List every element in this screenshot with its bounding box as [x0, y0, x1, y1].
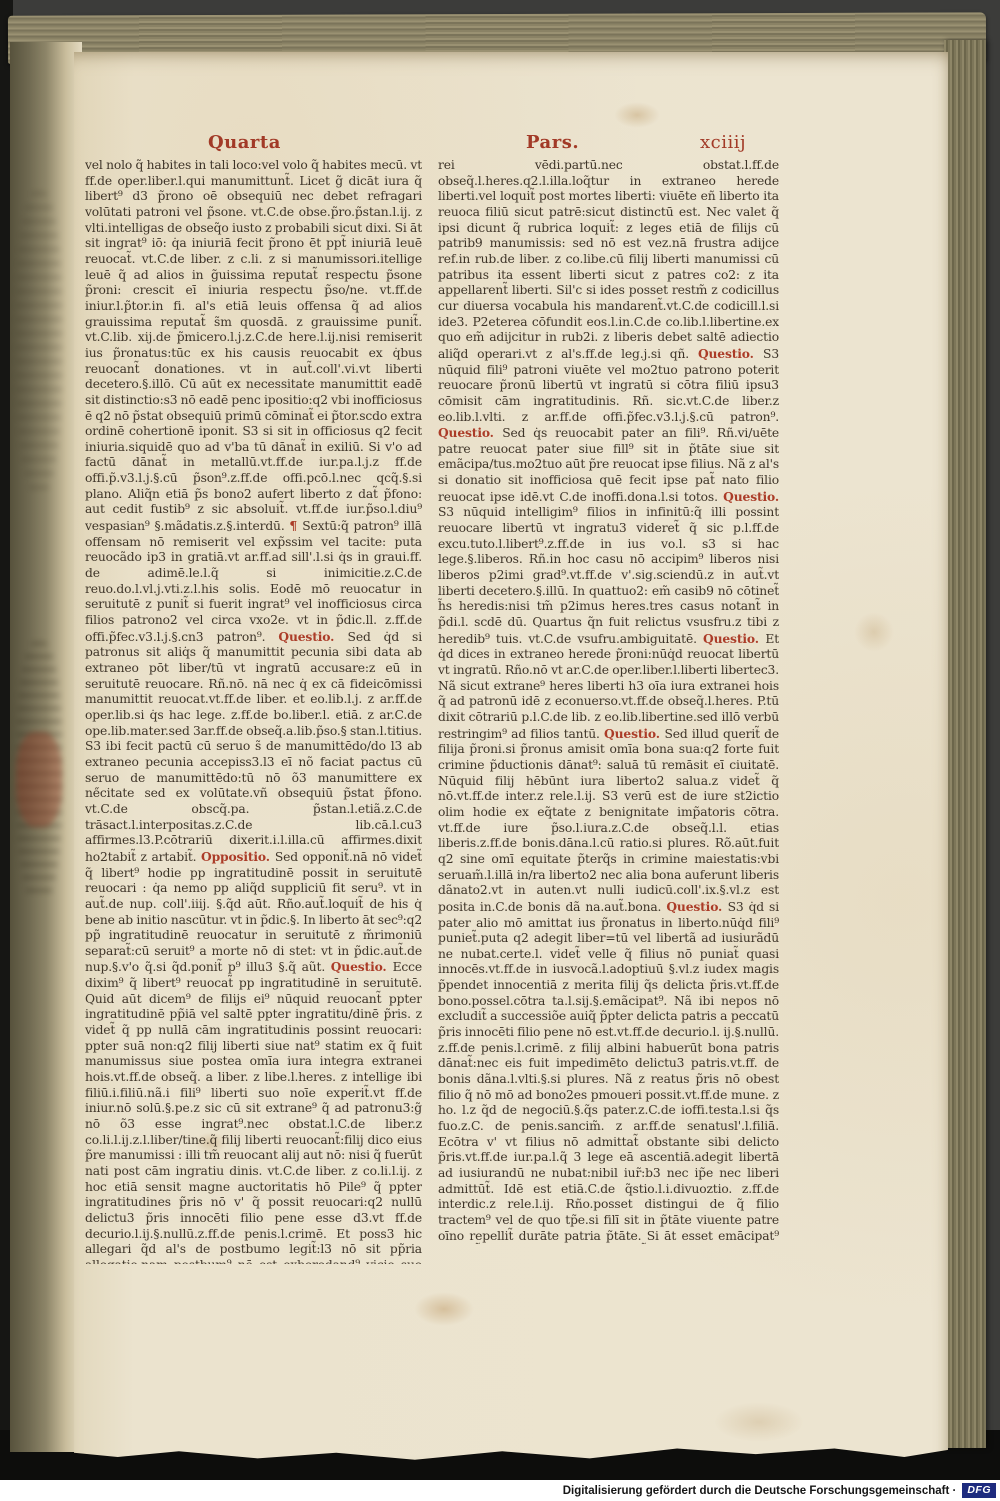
- rubric-word: Questio.: [278, 629, 347, 644]
- scanned-book-viewer: Quarta Pars. xciiij vel nolo q̃ habites …: [0, 0, 1000, 1501]
- body-text-segment: Sed illud querit̃ de filija p̃roni.si p̃…: [438, 727, 779, 914]
- foxing-spot: [614, 102, 660, 128]
- rubric-word: Questio.: [723, 489, 779, 504]
- ghost-rubric-bleed: [16, 732, 62, 827]
- dfg-logo: DFG: [962, 1483, 996, 1498]
- running-head-quarta: Quarta: [208, 132, 281, 153]
- body-text-segment: Sed opponit̃.nā nō videt̃ q̃ libert⁹ hod…: [85, 850, 422, 975]
- manuscript-page: Quarta Pars. xciiij vel nolo q̃ habites …: [74, 52, 948, 1464]
- folio-number: xciiij: [700, 132, 746, 153]
- foxing-spot: [414, 1292, 474, 1326]
- credit-text: Digitalisierung gefördert durch die Deut…: [563, 1485, 957, 1497]
- body-text-segment: S3 nūquid intelligim⁹ filios in infinitū…: [438, 505, 779, 645]
- text-column-left: vel nolo q̃ habites in tali loco:vel vol…: [85, 158, 422, 1264]
- ghost-text-bleed: [16, 192, 62, 492]
- rubric-word: Questio.: [703, 631, 765, 646]
- running-head-pars: Pars.: [526, 132, 579, 153]
- foxing-spot: [854, 612, 894, 652]
- rubric-word: Questio.: [438, 425, 502, 440]
- foxing-spot: [714, 1402, 804, 1442]
- digitization-credit-bar: Digitalisierung gefördert durch die Deut…: [0, 1480, 1000, 1501]
- body-text-segment: S3 q̇d si pater alio mō amittat ius p̃ro…: [438, 900, 779, 1244]
- rubric-word: Questio.: [604, 726, 664, 741]
- book-fore-edge: [944, 40, 986, 1448]
- rubric-word: ¶: [289, 518, 302, 533]
- text-column-right: rei vēdi.partū.nec obstat.l.ff.de obseq̃…: [438, 158, 779, 1244]
- body-text-segment: Sed q̇d si patronus sit aliq̇s q̃ manumi…: [85, 630, 422, 864]
- body-text-segment: rei vēdi.partū.nec obstat.l.ff.de obseq̃…: [438, 158, 779, 361]
- rubric-word: Questio.: [331, 959, 393, 974]
- body-text-segment: Et q̇d dices in extraneo herede p̃roni:n…: [438, 632, 779, 741]
- binding-gutter: [10, 42, 82, 1452]
- rubric-word: Questio.: [698, 346, 763, 361]
- body-text-segment: vel nolo q̃ habites in tali loco:vel vol…: [85, 158, 422, 533]
- rubric-word: Oppositio.: [201, 849, 275, 864]
- body-text-segment: Sextū:q̃ patron⁹ illā offensam nō remise…: [85, 519, 422, 644]
- rubric-word: Questio.: [666, 899, 727, 914]
- body-text-segment: Ecce dixim⁹ q̃ libert⁹ reuocat̃ pp ingra…: [85, 960, 422, 1264]
